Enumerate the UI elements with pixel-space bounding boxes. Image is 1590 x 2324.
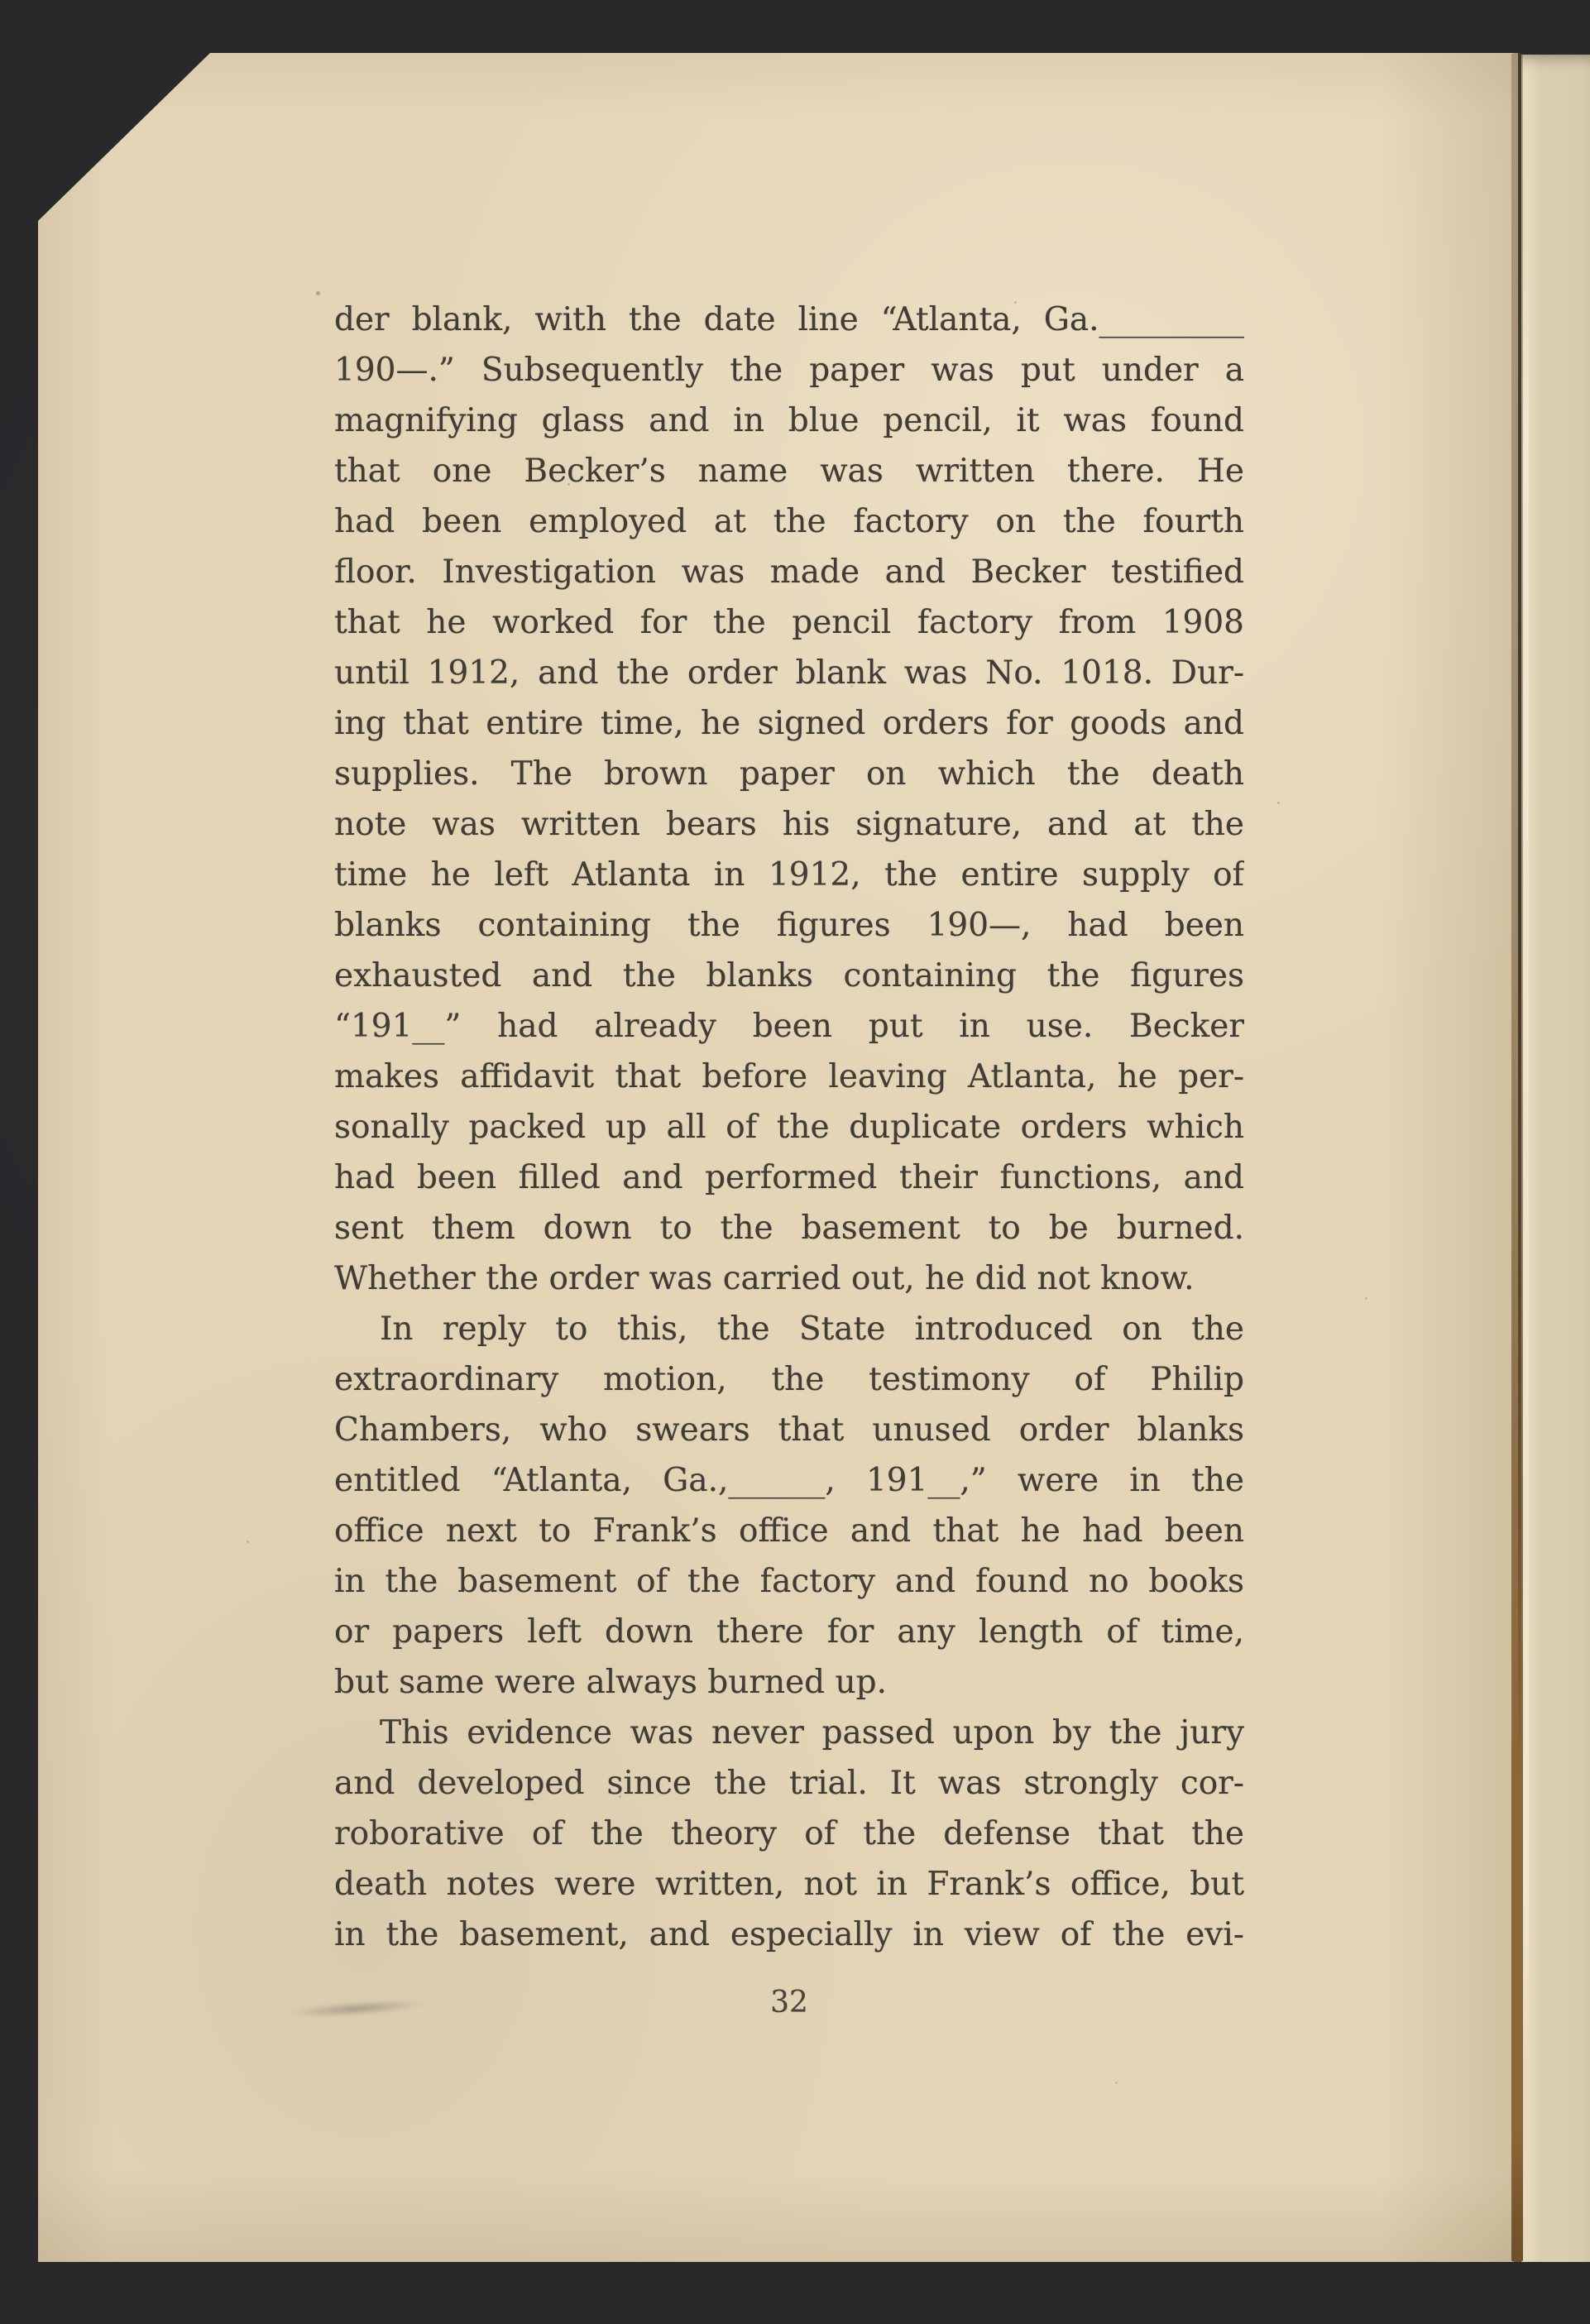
- page-number: 32: [334, 1986, 1244, 2020]
- text-line: blanks containing the figures 190—, had …: [334, 900, 1244, 951]
- text-line: that one Becker’s name was written there…: [334, 446, 1244, 496]
- text-line: roborative of the theory of the defense …: [334, 1809, 1244, 1859]
- text-line: ing that entire time, he signed orders f…: [334, 698, 1244, 749]
- text-line: der blank, with the date line “Atlanta, …: [334, 295, 1244, 345]
- text-line: entitled “Atlanta, Ga.,______, 191__,” w…: [334, 1455, 1244, 1506]
- page-text: der blank, with the date line “Atlanta, …: [334, 295, 1244, 1960]
- text-line: in the basement of the factory and found…: [334, 1556, 1244, 1607]
- text-line: exhausted and the blanks containing the …: [334, 951, 1244, 1001]
- text-line: extraordinary motion, the testimony of P…: [334, 1354, 1244, 1405]
- text-line: but same were always burned up.: [334, 1657, 1244, 1708]
- text-line: 190—.” Subsequently the paper was put un…: [334, 345, 1244, 395]
- text-line: “191__” had already been put in use. Bec…: [334, 1001, 1244, 1052]
- binding-tear: [1511, 53, 1523, 2262]
- text-line: sent them down to the basement to be bur…: [334, 1203, 1244, 1253]
- text-line: or papers left down there for any length…: [334, 1607, 1244, 1657]
- text-line: This evidence was never passed upon by t…: [334, 1708, 1244, 1758]
- text-line: Chambers, who swears that unused order b…: [334, 1405, 1244, 1455]
- text-line: office next to Frank’s office and that h…: [334, 1506, 1244, 1556]
- text-line: magnifying glass and in blue pencil, it …: [334, 395, 1244, 446]
- text-line: floor. Investigation was made and Becker…: [334, 547, 1244, 597]
- text-line: In reply to this, the State introduced o…: [334, 1304, 1244, 1354]
- text-line: and developed since the trial. It was st…: [334, 1758, 1244, 1809]
- text-line: makes affidavit that before leaving Atla…: [334, 1052, 1244, 1102]
- text-line: time he left Atlanta in 1912, the entire…: [334, 850, 1244, 900]
- text-line: death notes were written, not in Frank’s…: [334, 1859, 1244, 1910]
- text-line: had been employed at the factory on the …: [334, 496, 1244, 547]
- next-page-edge: [1521, 55, 1590, 2262]
- text-line: in the basement, and especially in view …: [334, 1910, 1244, 1960]
- paper-specks: [38, 53, 41, 55]
- text-line: that he worked for the pencil factory fr…: [334, 597, 1244, 648]
- book-page: der blank, with the date line “Atlanta, …: [38, 53, 1518, 2262]
- text-line: Whether the order was carried out, he di…: [334, 1253, 1244, 1304]
- text-line: supplies. The brown paper on which the d…: [334, 749, 1244, 799]
- torn-paper-edge: [1523, 248, 1529, 2068]
- scan-background: der blank, with the date line “Atlanta, …: [0, 0, 1590, 2324]
- text-line: sonally packed up all of the duplicate o…: [334, 1102, 1244, 1152]
- text-line: note was written bears his signature, an…: [334, 799, 1244, 850]
- text-line: until 1912, and the order blank was No. …: [334, 648, 1244, 698]
- text-line: had been filled and performed their func…: [334, 1152, 1244, 1203]
